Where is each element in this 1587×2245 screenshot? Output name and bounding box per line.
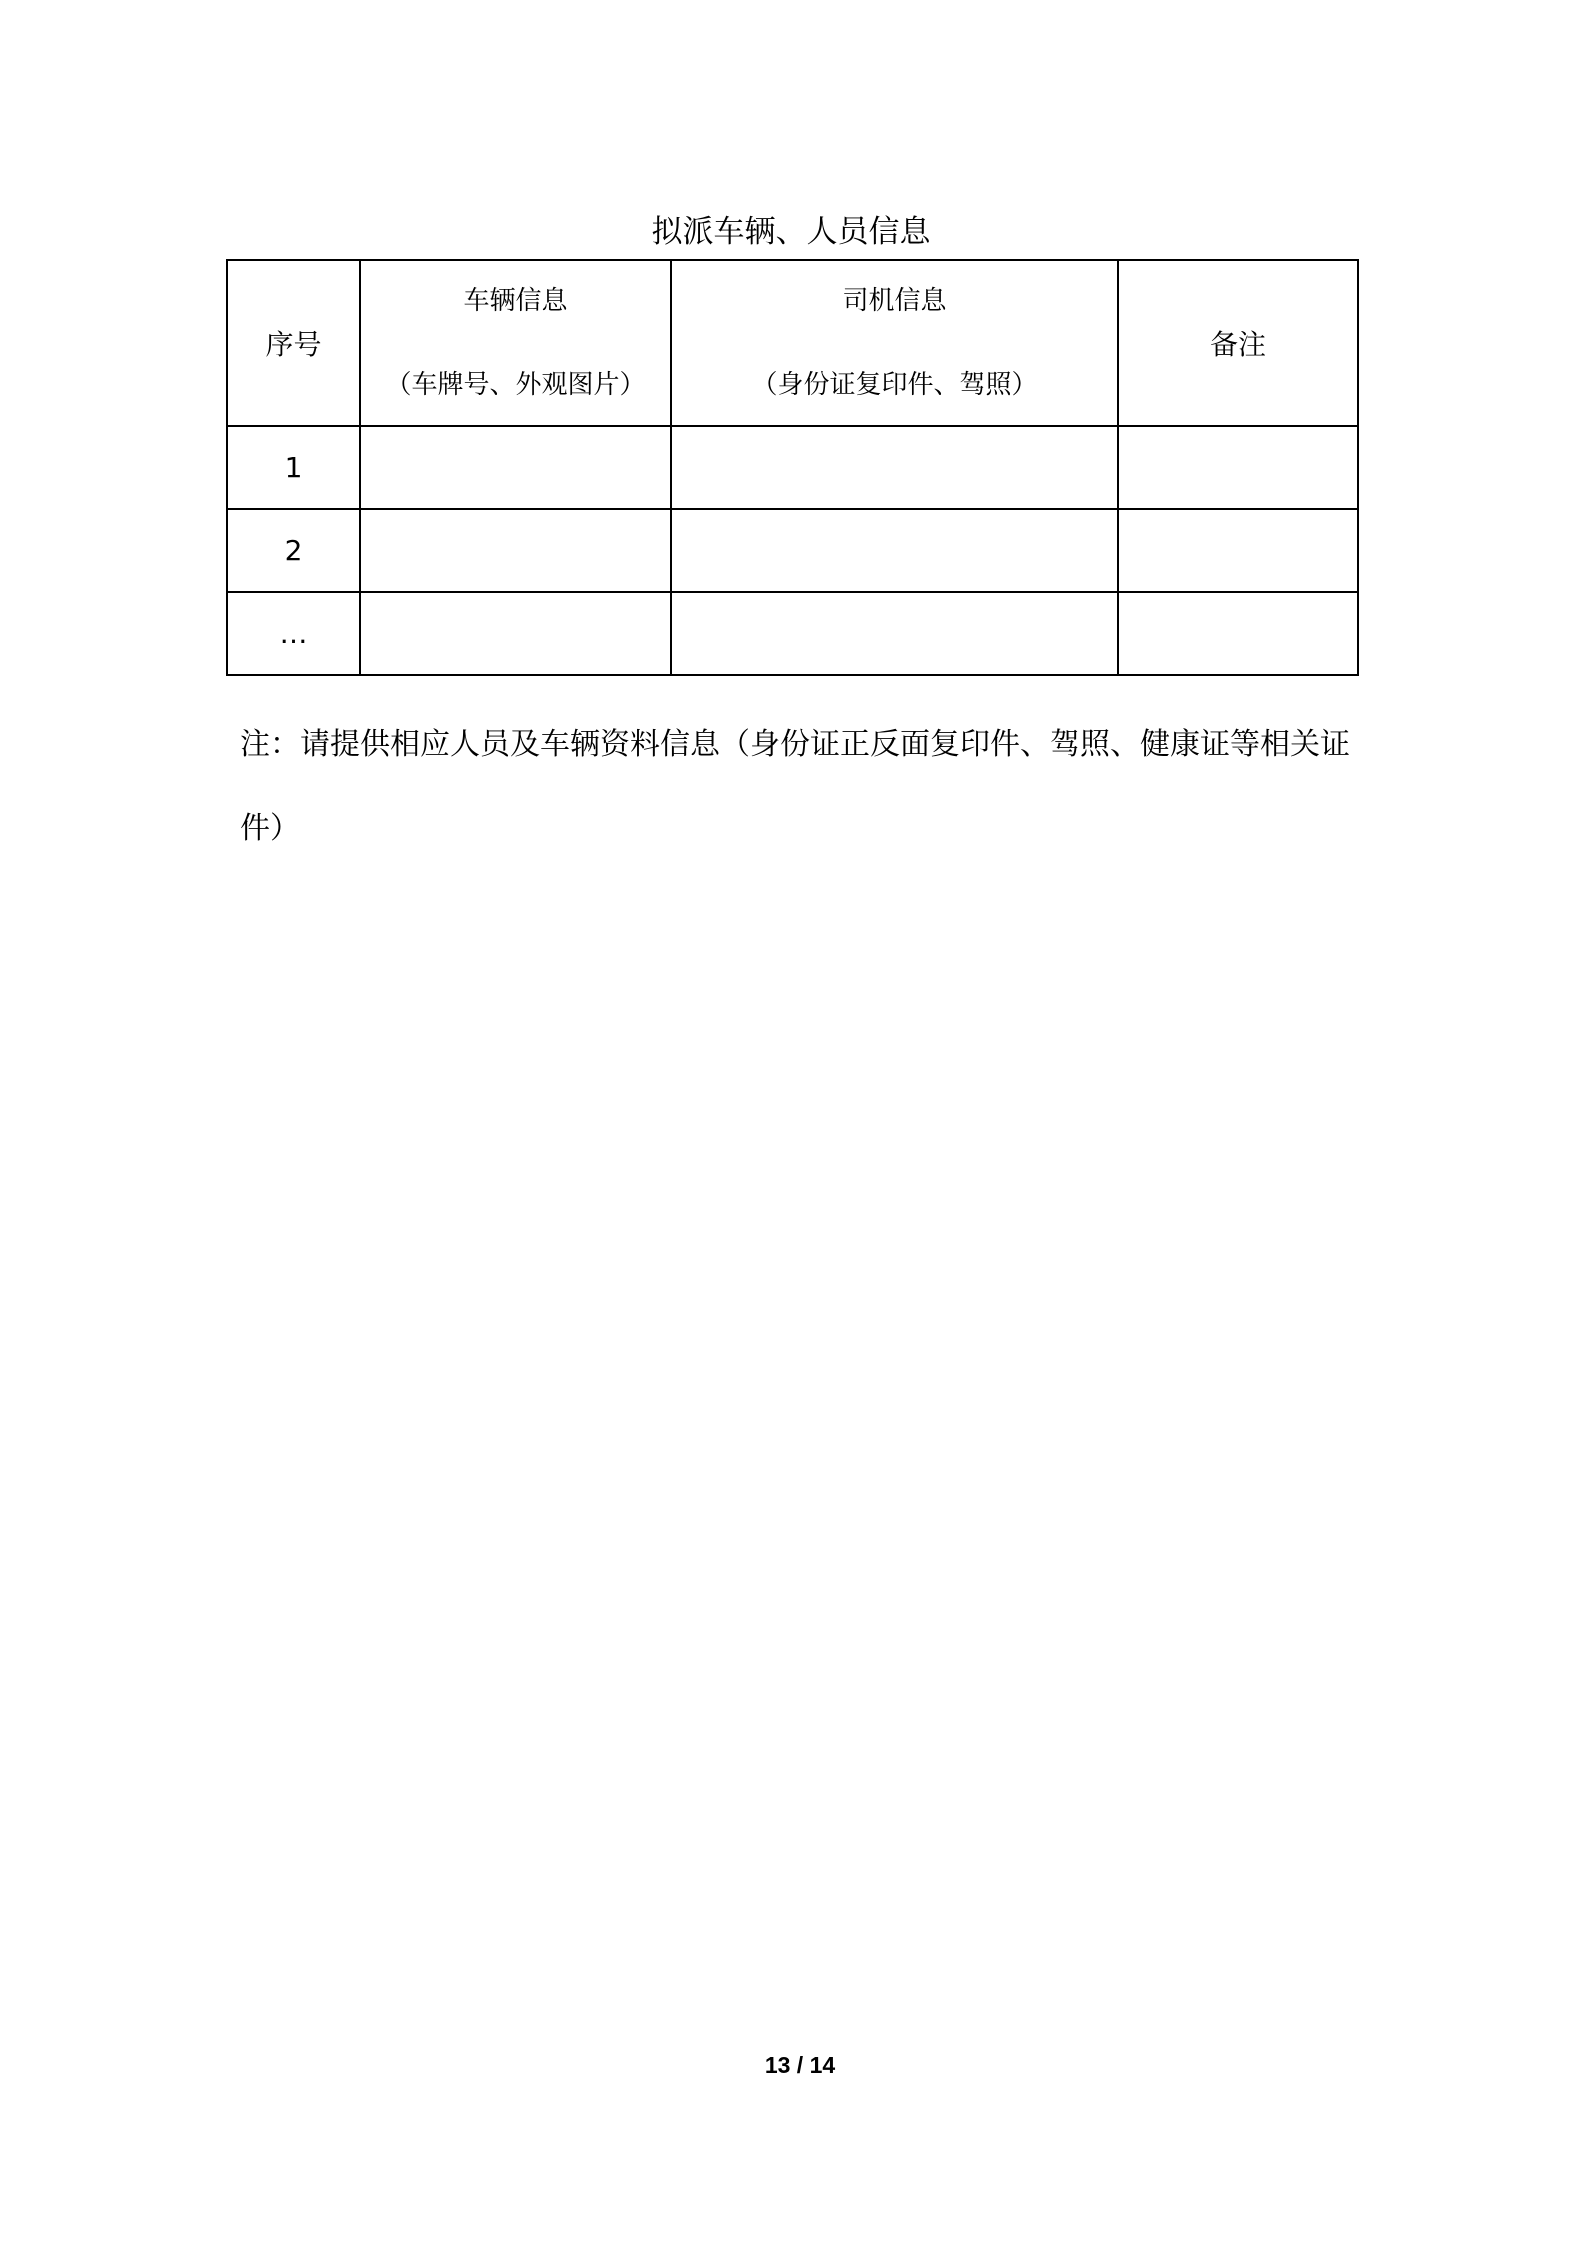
table-note: 注：请提供相应人员及车辆资料信息（身份证正反面复印件、驾照、健康证等相关证件） — [240, 703, 1370, 871]
table-row: 2 — [227, 509, 1358, 592]
header-vehicle-info: 车辆信息 （车牌号、外观图片） — [360, 260, 671, 426]
page-number: 13 / 14 — [0, 2052, 1587, 2079]
header-driver-info: 司机信息 （身份证复印件、驾照） — [671, 260, 1118, 426]
table-row: … — [227, 592, 1358, 675]
cell-index: 1 — [227, 426, 360, 509]
header-driver-label: 司机信息 — [672, 286, 1117, 316]
header-vehicle-label: 车辆信息 — [361, 286, 670, 316]
cell-vehicle — [360, 592, 671, 675]
vehicle-personnel-table: 序号 车辆信息 （车牌号、外观图片） 司机信息 （身份证复印件、驾照） 备注 1… — [226, 259, 1359, 676]
table-header-row: 序号 车辆信息 （车牌号、外观图片） 司机信息 （身份证复印件、驾照） 备注 — [227, 260, 1358, 426]
header-remark: 备注 — [1118, 260, 1358, 426]
table-row: 1 — [227, 426, 1358, 509]
cell-vehicle — [360, 426, 671, 509]
cell-driver — [671, 426, 1118, 509]
header-remark-label: 备注 — [1210, 328, 1266, 361]
cell-vehicle — [360, 509, 671, 592]
header-index: 序号 — [227, 260, 360, 426]
table-title: 拟派车辆、人员信息 — [226, 212, 1356, 252]
cell-index: … — [227, 592, 360, 675]
cell-remark — [1118, 592, 1358, 675]
cell-driver — [671, 509, 1118, 592]
header-driver-sublabel: （身份证复印件、驾照） — [672, 370, 1117, 400]
cell-driver — [671, 592, 1118, 675]
header-index-label: 序号 — [265, 328, 321, 361]
cell-index: 2 — [227, 509, 360, 592]
cell-remark — [1118, 509, 1358, 592]
header-vehicle-sublabel: （车牌号、外观图片） — [361, 370, 670, 400]
cell-remark — [1118, 426, 1358, 509]
